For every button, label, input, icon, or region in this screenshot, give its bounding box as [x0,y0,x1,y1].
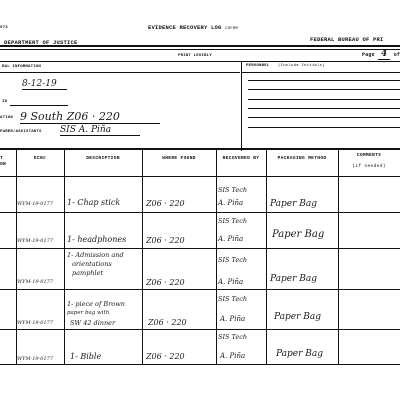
col-divider-6 [338,150,339,365]
description-cell[interactable]: 1- headphones [67,235,126,244]
personnel-note: (Include Initials) [278,64,325,68]
id-label: ID [2,100,7,104]
packaging-cell[interactable]: Paper Bag [270,274,317,284]
where-found-cell[interactable]: Z06 · 220 [146,199,185,208]
ecn-cell[interactable]: WYM-19-0177 [17,320,53,326]
personnel-line-2[interactable] [248,89,400,90]
ecn-cell[interactable]: WYM-19-0177 [17,201,53,207]
ecn-cell[interactable]: WYM-19-0177 [17,356,53,362]
packaging-cell[interactable]: Paper Bag [272,229,324,240]
personnel-line-5[interactable] [248,117,400,118]
location-label: ATION [0,116,13,120]
where-found-cell[interactable]: Z06 · 220 [146,352,185,361]
col-divider-2 [64,150,65,365]
date-field[interactable]: 8-12-19 [22,79,67,90]
ecn-cell[interactable]: WYM-19-0177 [17,279,53,285]
personnel-label: PERSONNEL (Include Initials) [246,64,325,68]
where-found-cell[interactable]: Z06 · 220 [146,236,185,245]
recovered-by-cell-line1[interactable]: SIS Tech [218,217,247,225]
row-rule-5 [0,364,400,365]
header-row-rule [0,176,400,177]
personnel-line-6[interactable] [248,127,400,128]
where-found-cell[interactable]: Z06 · 220 [146,278,185,287]
general-info-rule [0,72,240,73]
packaging-cell[interactable]: Paper Bag [276,349,323,359]
personnel-line-4[interactable] [248,108,400,109]
row-rule-1 [0,212,400,213]
recovered-by-cell-line2[interactable]: A. Piña [218,235,243,243]
form-title-suffix: CDFRM [225,27,238,31]
header-item: T ON [0,156,16,168]
header-rule [0,45,400,47]
form-number: 973 [0,26,8,30]
page-of-label: of [394,52,400,58]
description-cell[interactable]: 1- Chap stick [67,198,120,207]
packaging-cell[interactable]: Paper Bag [270,199,317,209]
col-divider-4 [216,150,217,365]
id-field[interactable] [10,104,68,106]
agency-name: FEDERAL BUREAU OF PRI [310,36,384,43]
recovered-by-cell-line1[interactable]: SIS Tech [218,295,247,303]
personnel-line-3[interactable] [248,99,400,100]
section-divider [241,61,242,151]
personnel-title: PERSONNEL [246,64,269,68]
personnel-rule [242,72,400,73]
location-field[interactable]: 9 South Z06 · 220 [20,110,160,124]
ecn-cell[interactable]: WYM-19-0177 [17,238,53,244]
description-cell-line3[interactable]: pamphlet [72,269,103,277]
packaging-cell[interactable]: Paper Bag [274,312,321,322]
recovered-by-cell-line1[interactable]: SIS Tech [218,256,247,264]
header-item-line2: ON [0,162,16,168]
form-title-text: EVIDENCE RECOVERY LOG [148,24,222,31]
where-found-cell[interactable]: Z06 · 220 [148,318,187,327]
row-rule-4 [0,329,400,330]
header-packaging: PACKAGING METHOD [266,156,338,161]
recovered-by-cell-line1[interactable]: SIS Tech [218,186,247,194]
page-label: Page [362,52,375,58]
header-comments: COMMENTS [338,153,400,158]
header-description: DESCRIPTION [64,156,142,161]
description-cell-line2[interactable]: orientations [72,260,112,268]
col-divider-5 [266,150,267,365]
row-rule-2 [0,248,400,249]
preparer-field[interactable]: SIS A. Piña [60,125,140,136]
recovered-by-cell-line1[interactable]: SIS Tech [218,333,247,341]
header-recovered-by: RECOVERED BY [216,156,266,161]
header-ecn: ECN# [16,156,64,161]
description-cell-line1[interactable]: 1- piece of Brown [67,300,125,308]
recovered-by-cell-line2[interactable]: A. Piña [220,352,245,360]
description-cell-line3[interactable]: SW 42 dinner [70,319,115,327]
header-where-found: WHERE FOUND [142,156,216,161]
row-rule-3 [0,289,400,290]
preparer-label: PARER/ASSISTANTS [0,130,42,134]
description-cell-line2[interactable]: paper bag with [67,310,109,316]
col-divider-3 [142,150,143,365]
recovered-by-cell-line2[interactable]: A. Piña [220,315,245,323]
section-rule [0,61,400,62]
personnel-line-1[interactable] [248,80,400,81]
col-divider-1 [16,150,17,365]
recovered-by-cell-line2[interactable]: A. Piña [218,278,243,286]
header-rule-thin [0,49,400,50]
form-title: EVIDENCE RECOVERY LOG CDFRM [148,24,238,31]
header-comments-note: (if needed) [338,164,400,169]
table-top-rule [0,148,400,150]
description-cell-line1[interactable]: 1- Admission and [67,251,124,259]
page-number-field[interactable]: 4 [378,49,390,60]
print-legibly-note: PRINT LEGIBLY [178,54,212,58]
recovered-by-cell-line2[interactable]: A. Piña [218,199,243,207]
description-cell[interactable]: 1- Bible [70,352,101,361]
page-indicator: Page 4 of [362,49,400,59]
general-info-label: RAL INFORMATION [2,65,41,69]
